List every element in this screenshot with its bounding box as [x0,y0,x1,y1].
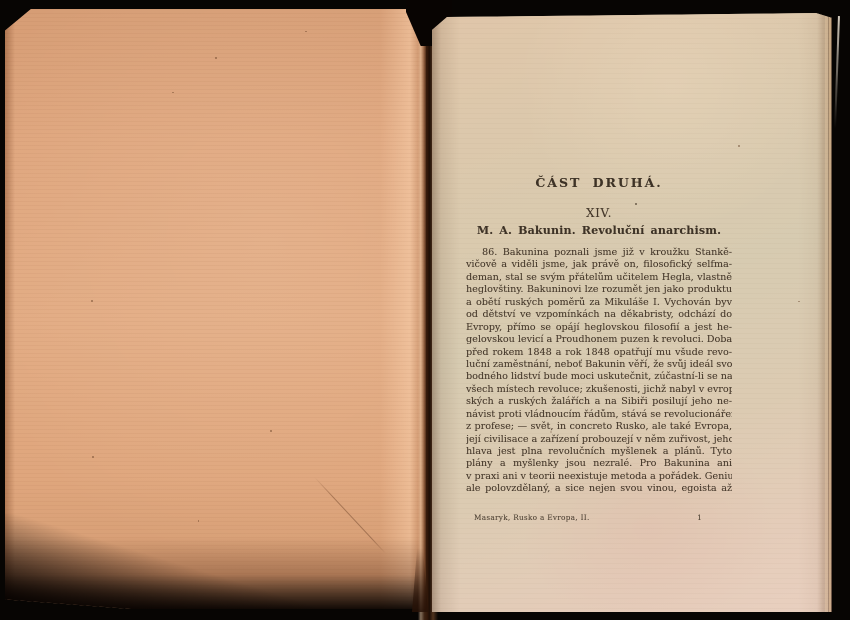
left-blank-page [5,9,426,609]
paragraph-line: její civilisace a zařízení probouzejí v … [466,434,732,446]
paragraph-line: vičově a viděli jsme, jak právě on, filo… [466,259,732,271]
paragraph-line: z profese; — svět, in concreto Rusko, al… [466,421,732,433]
paper-speck [270,430,272,432]
page-edge-highlight [834,16,840,128]
paragraph-line: a obětí ruských poměrů za Mikuláše I. Vy… [466,297,732,309]
part-heading: ČÁST DRUHÁ. [466,176,732,190]
paragraph: 86. Bakunina poznali jsme již v kroužku … [466,247,732,496]
paragraph-line: heglovštiny. Bakuninovi lze rozumět jen … [466,284,732,296]
paragraph-line: návist proti vládnoucím řádům, stává se … [466,409,732,421]
page-footer: Masaryk, Rusko a Evropa, II. 1 [466,513,732,522]
paragraph-line: hlava jest plna revolučních myšlenek a p… [466,446,732,458]
ink-speck [635,203,637,205]
footer-signature: Masaryk, Rusko a Evropa, II. [474,513,590,522]
paper-speck [305,31,307,32]
paragraph-line: luční zaměstnání, neboť Bakunin věří, že… [466,359,732,371]
paper-speck [172,92,174,93]
chapter-title: M. A. Bakunin. Revoluční anarchism. [466,224,732,237]
page-text-block: ČÁST DRUHÁ. XIV. M. A. Bakunin. Revolučn… [466,176,732,522]
paper-speck [92,456,94,458]
paper-speck [798,301,800,302]
paragraph-line: gelovskou levicí a Proudhonem puzen k re… [466,334,732,346]
paragraph-line: v praxi ani v teorii neexistuje metoda a… [466,471,732,483]
paper-speck [738,145,740,147]
paragraph-line: deman, stal se svým přátelům učitelem He… [466,272,732,284]
paper-speck [91,300,93,302]
paragraph-line: plány a myšlenky jsou nezralé. Pro Bakun… [466,458,732,470]
footer-page-number: 1 [697,513,702,522]
paragraph-line: ských a ruských žalářích a na Sibiři pos… [466,396,732,408]
chapter-number: XIV. [466,207,732,220]
page-corner-shadow [5,514,315,609]
paragraph-line: všech místech revoluce; zkušenosti, jich… [466,384,732,396]
right-text-page: ČÁST DRUHÁ. XIV. M. A. Bakunin. Revolučn… [432,13,832,612]
book-scan-photo: ČÁST DRUHÁ. XIV. M. A. Bakunin. Revolučn… [0,0,850,620]
paragraph-line: bodného lidství bude moci uskutečnit, zú… [466,371,732,383]
paragraph-line: Evropy, přímo se opájí heglovskou filoso… [466,322,732,334]
paragraph-line: ale polovzdělaný, a sice nejen svou vino… [466,483,732,495]
paragraph-line: před rokem 1848 a rok 1848 opatřují mu v… [466,347,732,359]
paragraph-line: 86. Bakunina poznali jsme již v kroužku … [466,247,732,259]
paragraph-line: od dětství ve vzpomínkách na děkabristy,… [466,309,732,321]
paper-speck [215,57,217,59]
